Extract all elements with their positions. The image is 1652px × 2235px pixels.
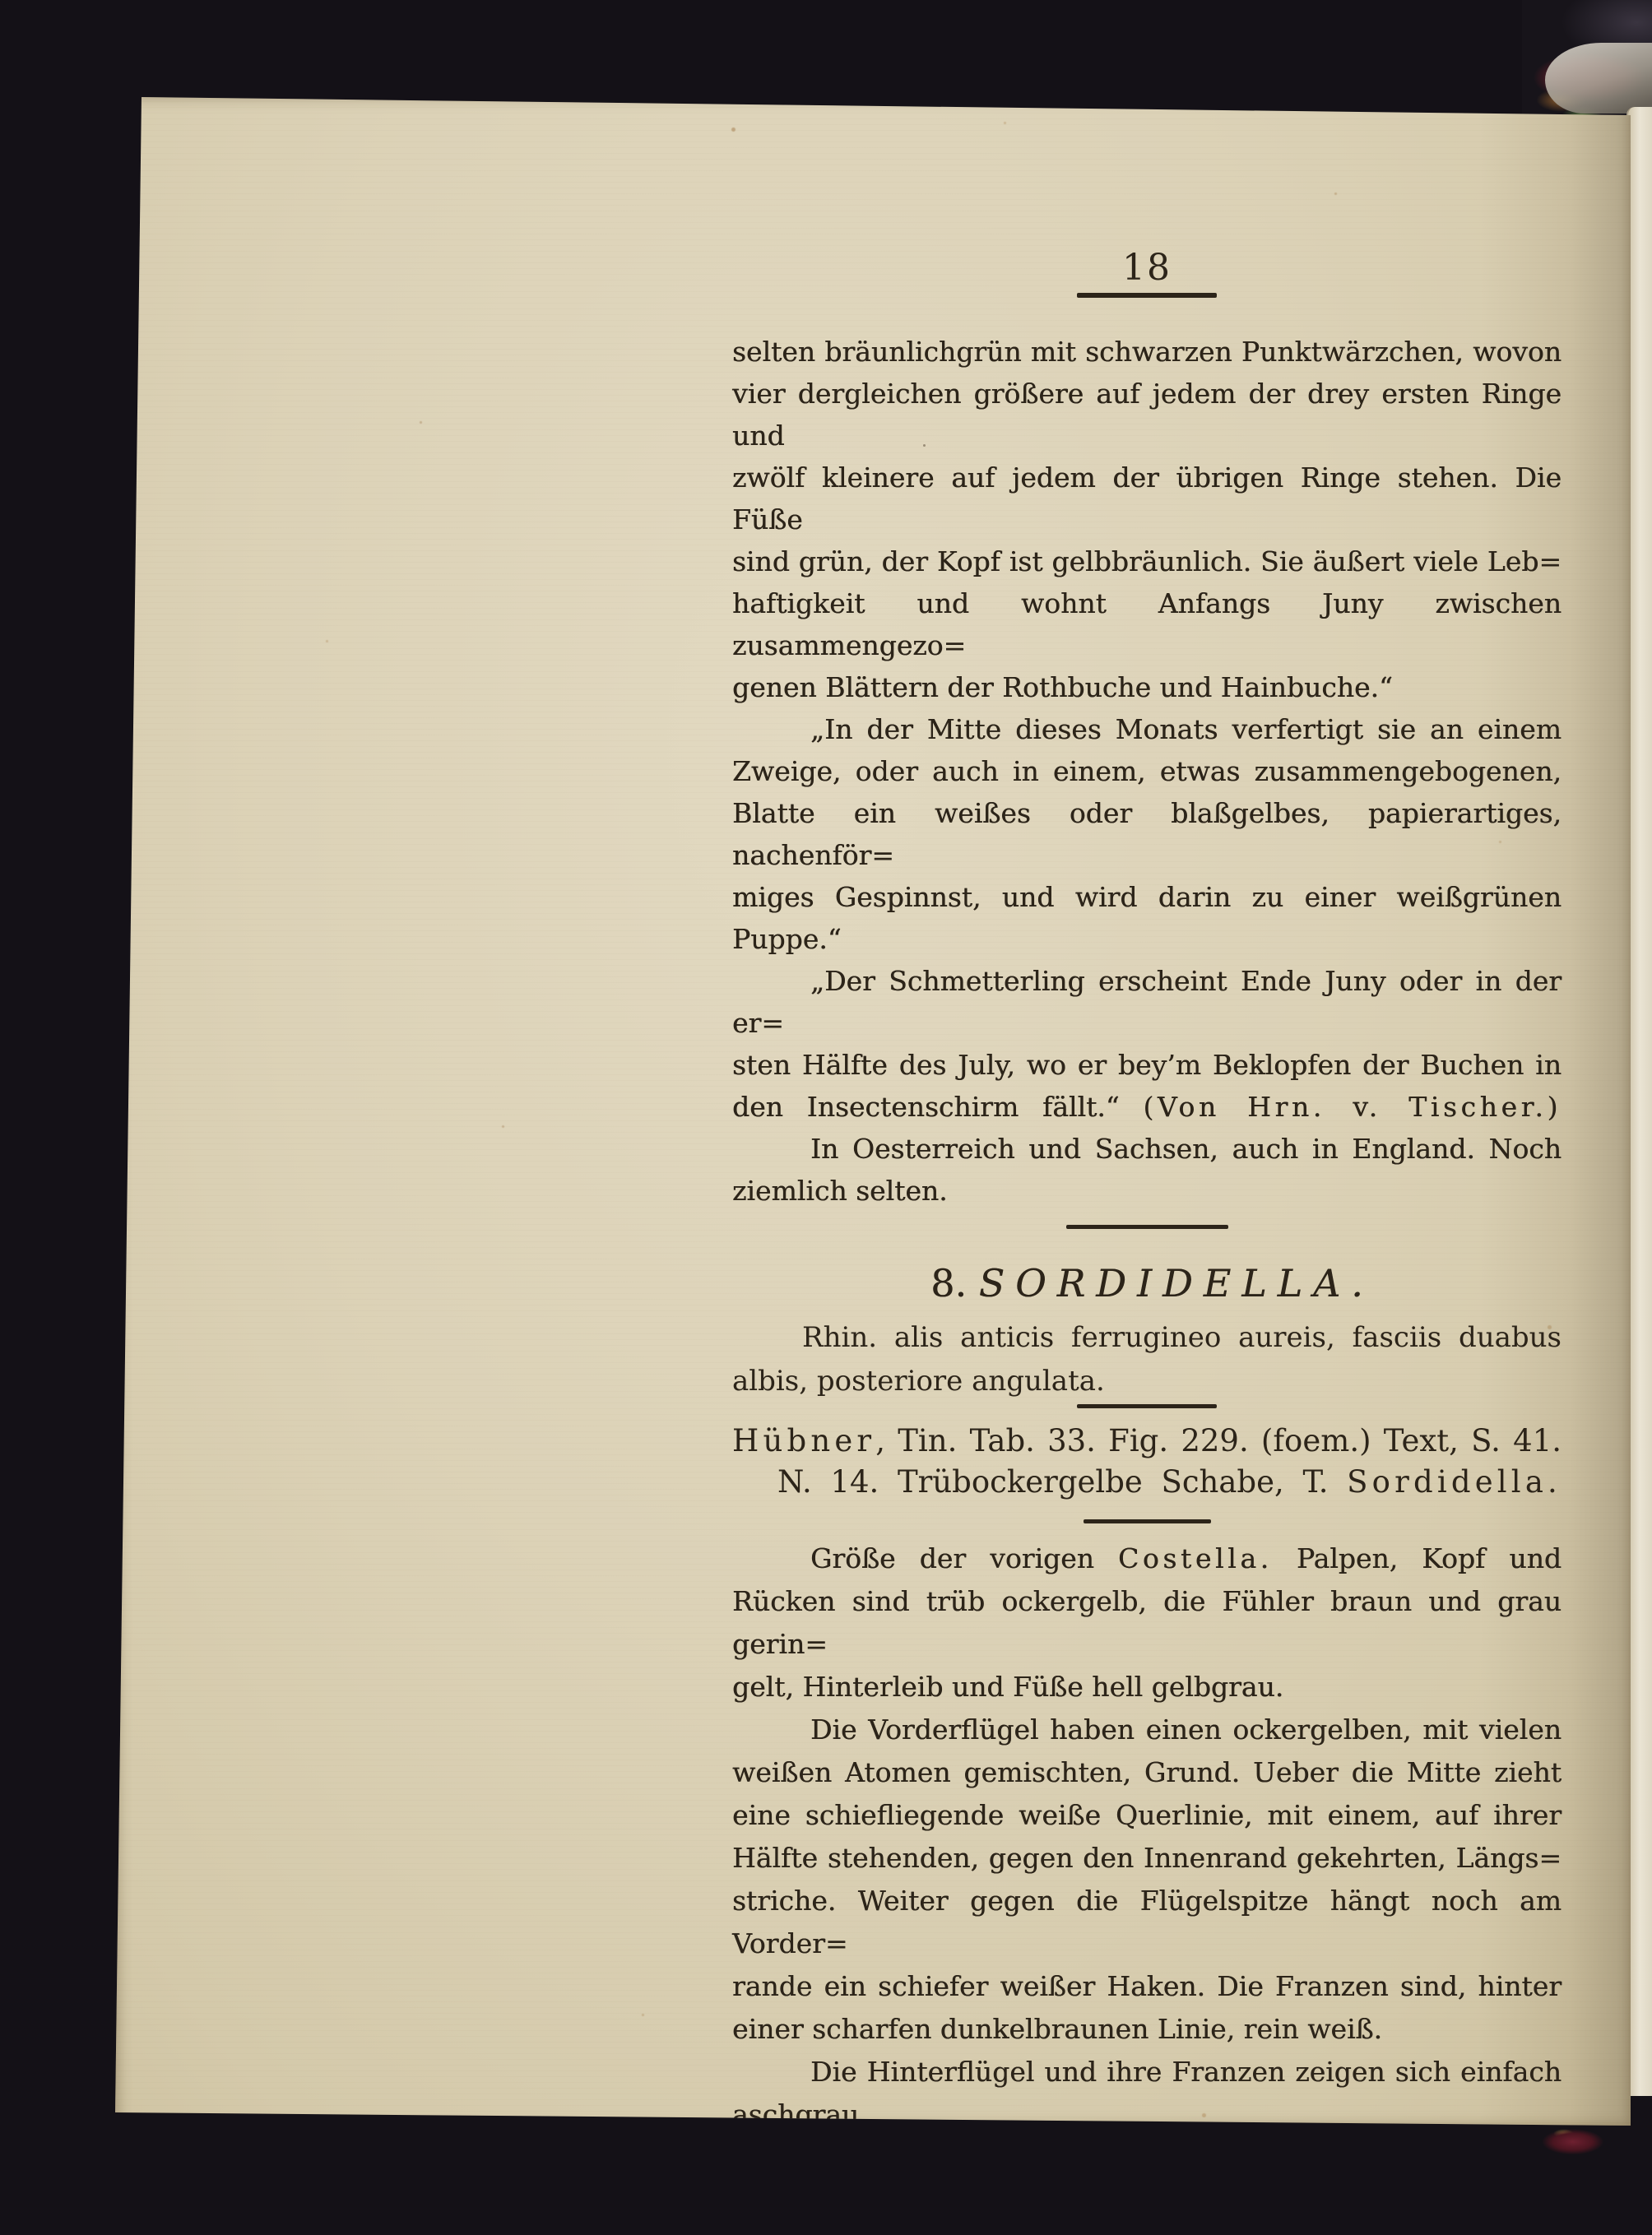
species-heading: 8. SORDIDELLA. (732, 1257, 1562, 1310)
text-line: In Oesterreich und Sachsen, auch in Engl… (732, 1128, 1562, 1170)
text-line: Die Vorderflügel haben einen ockergelben… (732, 1709, 1562, 1751)
foxing-spots (115, 95, 118, 98)
text-line: Hälfte stehenden, gegen den Innenrand ge… (732, 1837, 1562, 1880)
section-rule (1077, 1404, 1217, 1408)
book-scan: 18 selten bräunlichgrün mit schwarzen Pu… (0, 0, 1652, 2235)
section-rule (1084, 1519, 1211, 1523)
text-line: zwölf kleinere auf jedem der übrigen Rin… (732, 457, 1562, 540)
reference-line: N. 14. Trübockergelbe Schabe, T. Sordide… (732, 1462, 1562, 1503)
page-number-rule (1077, 293, 1217, 298)
latin-diagnosis-line: albis, posteriore angulata. (732, 1360, 1562, 1403)
book-page: 18 selten bräunlichgrün mit schwarzen Pu… (115, 95, 1631, 2127)
text-line: einer scharfen dunkelbraunen Linie, rein… (732, 2008, 1562, 2051)
text-line: weißen Atomen gemischten, Grund. Ueber d… (732, 1751, 1562, 1794)
text-line: gelt, Hinterleib und Füße hell gelbgrau. (732, 1666, 1562, 1709)
reference-line: Hübner, Tin. Tab. 33. Fig. 229. (foem.) … (732, 1421, 1562, 1462)
text-line: eine schiefliegende weiße Querlinie, mit… (732, 1794, 1562, 1837)
text-line: „Der Schmetterling erscheint Ende Juny o… (732, 960, 1562, 1044)
text-line: sind grün, der Kopf ist gelbbräunlich. S… (732, 540, 1562, 582)
text-line: miges Gespinnst, und wird darin zu einer… (732, 876, 1562, 960)
text-line: genen Blättern der Rothbuche und Hainbuc… (732, 666, 1562, 708)
text-line: Rücken sind trüb ockergelb, die Fühler b… (732, 1580, 1562, 1666)
page-number: 18 (732, 248, 1562, 288)
text-line: Blatte ein weißes oder blaßgelbes, papie… (732, 792, 1562, 876)
text-line: Die Unterseite ist grau mit Gelb gemisch… (732, 2136, 1562, 2179)
text-line: vier dergleichen größere auf jedem der d… (732, 373, 1562, 457)
text-line: aschgrau. (732, 2094, 1562, 2136)
text-line: den Insectenschirm fällt.“ (Von Hrn. v. … (732, 1086, 1562, 1128)
text-line: haftigkeit und wohnt Anfangs Juny zwisch… (732, 582, 1562, 666)
text-line: sten Hälfte des July, wo er bey’m Beklop… (732, 1044, 1562, 1086)
text-column: 18 selten bräunlichgrün mit schwarzen Pu… (732, 248, 1562, 2179)
text-line: Die Hinterflügel und ihre Franzen zeigen… (732, 2051, 1562, 2094)
text-line: rande ein schiefer weißer Haken. Die Fra… (732, 1965, 1562, 2008)
latin-diagnosis-line: Rhin. alis anticis ferrugineo aureis, fa… (732, 1316, 1562, 1360)
text-line: Größe der vorigen Costella. Palpen, Kopf… (732, 1537, 1562, 1580)
text-line: ziemlich selten. (732, 1170, 1562, 1212)
page-curl-band (1545, 43, 1652, 114)
section-rule (1066, 1225, 1228, 1229)
text-line: Zweige, oder auch in einem, etwas zusamm… (732, 750, 1562, 792)
text-line: striche. Weiter gegen die Flügelspitze h… (732, 1880, 1562, 1965)
text-line: „In der Mitte dieses Monats verfertigt s… (732, 708, 1562, 750)
text-line: selten bräunlichgrün mit schwarzen Punkt… (732, 331, 1562, 373)
